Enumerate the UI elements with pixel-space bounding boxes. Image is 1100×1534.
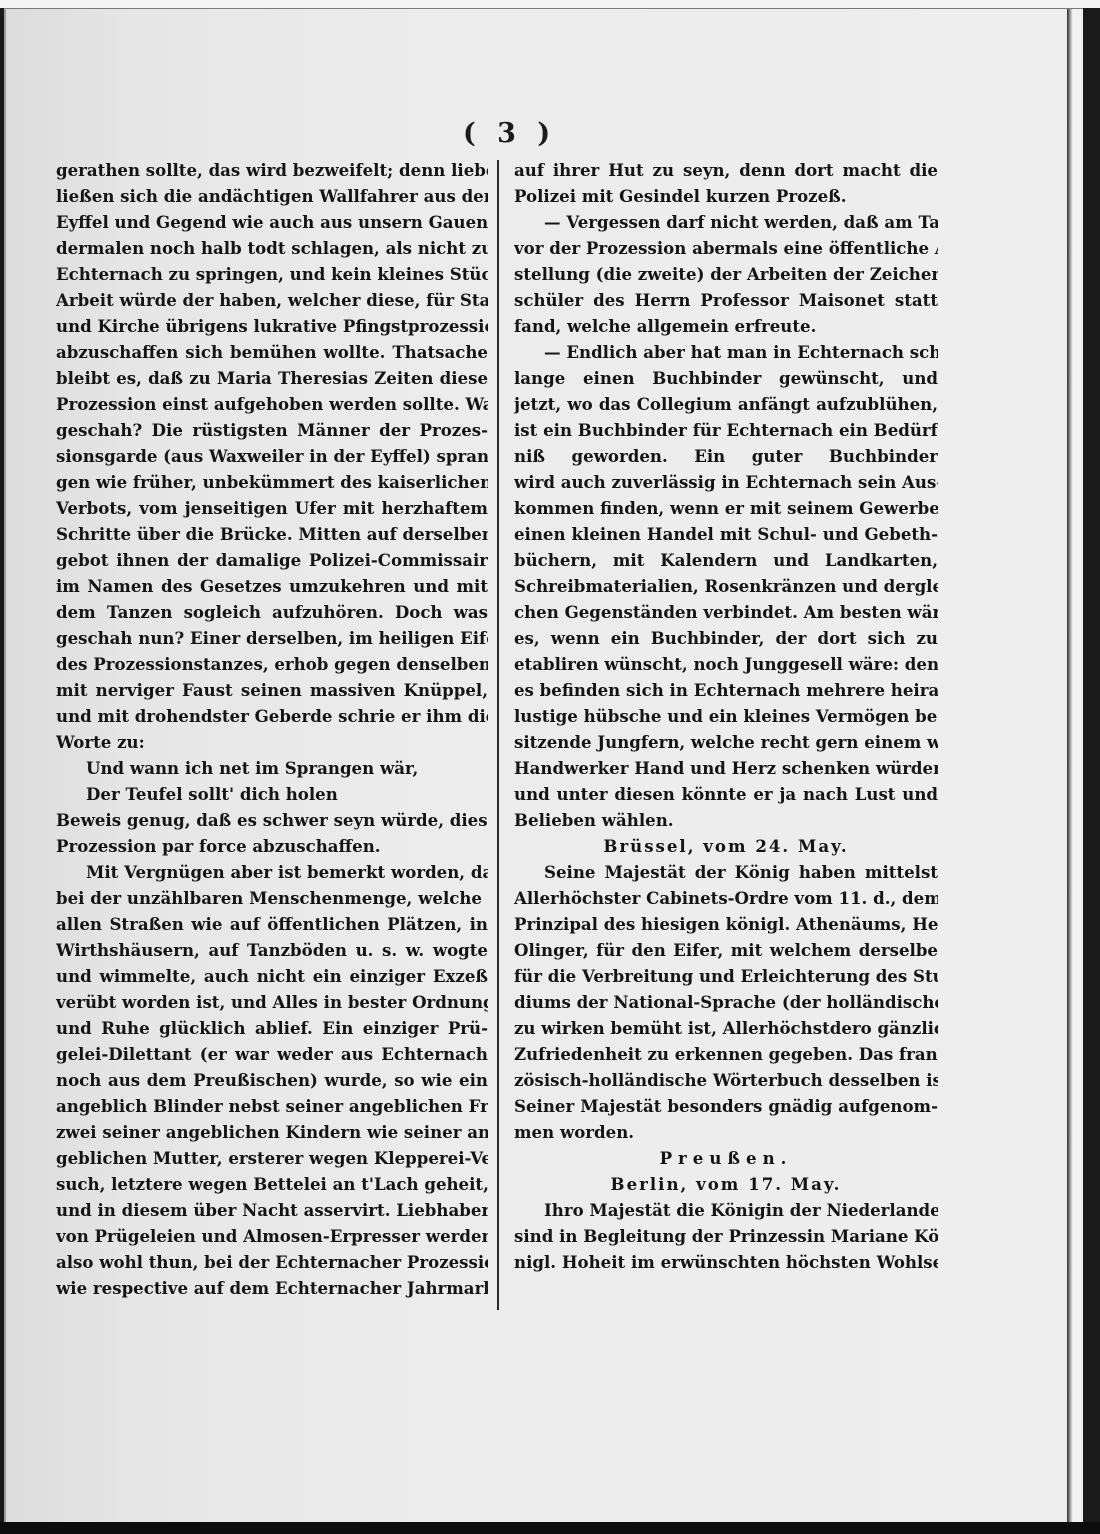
text-line: einen kleinen Handel mit Schul- und Gebe… (514, 521, 938, 547)
text-line: zwei seiner angeblichen Kindern wie sein… (56, 1119, 488, 1145)
text-line: geblichen Mutter, ersterer wegen Klepper… (56, 1145, 488, 1171)
text-line: sionsgarde (aus Waxweiler in der Eyffel)… (56, 443, 488, 469)
text-line: Schreibmaterialien, Rosenkränzen und der… (514, 573, 938, 599)
text-line: geschah? Die rüstigsten Männer der Proze… (56, 417, 488, 443)
text-line: Verbots, vom jenseitigen Ufer mit herzha… (56, 495, 488, 521)
text-line: jetzt, wo das Collegium anfängt aufzublü… (514, 391, 938, 417)
text-line: allen Straßen wie auf öffentlichen Plätz… (56, 911, 488, 937)
text-line: stellung (die zweite) der Arbeiten der Z… (514, 261, 938, 287)
text-line: fand, welche allgemein erfreute. (514, 313, 938, 339)
text-line: wird auch zuverlässig in Echternach sein… (514, 469, 938, 495)
text-line: des Prozessionstanzes, erhob gegen dense… (56, 651, 488, 677)
text-line: im Namen des Gesetzes umzukehren und mit (56, 573, 488, 599)
text-line: Mit Vergnügen aber ist bemerkt worden, d… (56, 859, 488, 885)
text-line: Der Teufel sollt' dich holen (56, 781, 488, 807)
text-line: Und wann ich net im Sprangen wär, (56, 755, 488, 781)
text-line: schüler des Herrn Professor Maisonet sta… (514, 287, 938, 313)
right-text-column: auf ihrer Hut zu seyn, denn dort macht d… (514, 157, 938, 1275)
text-line: von Prügeleien und Almosen-Erpresser wer… (56, 1223, 488, 1249)
text-line: ist ein Buchbinder für Echternach ein Be… (514, 417, 938, 443)
text-line: Zufriedenheit zu erkennen gegeben. Das f… (514, 1041, 938, 1067)
text-line: sind in Begleitung der Prinzessin Marian… (514, 1223, 938, 1249)
text-line: zu wirken bemüht ist, Allerhöchstdero gä… (514, 1015, 938, 1041)
text-line: Prinzipal des hiesigen königl. Athenäums… (514, 911, 938, 937)
text-line: gebot ihnen der damalige Polizei-Commiss… (56, 547, 488, 573)
text-line: Prozession einst aufgehoben werden sollt… (56, 391, 488, 417)
text-line: Echternach zu springen, und kein kleines… (56, 261, 488, 287)
text-line: dermalen noch halb todt schlagen, als ni… (56, 235, 488, 261)
text-line: kommen finden, wenn er mit seinem Gewerb… (514, 495, 938, 521)
text-line: Allerhöchster Cabinets-Ordre vom 11. d.,… (514, 885, 938, 911)
text-line: Seiner Majestät besonders gnädig aufgeno… (514, 1093, 938, 1119)
text-line: und mit drohendster Geberde schrie er ih… (56, 703, 488, 729)
text-line: also wohl thun, bei der Echternacher Pro… (56, 1249, 488, 1275)
text-line: dem Tanzen sogleich aufzuhören. Doch was (56, 599, 488, 625)
column-divider-rule (497, 160, 499, 1310)
page-binding-edge (1067, 9, 1081, 1534)
text-line: Polizei mit Gesindel kurzen Prozeß. (514, 183, 938, 209)
text-line: und Ruhe glücklich ablief. Ein einziger … (56, 1015, 488, 1041)
text-line: es, wenn ein Buchbinder, der dort sich z… (514, 625, 938, 651)
scan-bottom-border (0, 1522, 1100, 1534)
page-number: ( 3 ) (463, 118, 556, 149)
text-line: Wirthshäusern, auf Tanzböden u. s. w. wo… (56, 937, 488, 963)
text-line: etabliren wünscht, noch Junggesell wäre:… (514, 651, 938, 677)
text-line: niß geworden. Ein guter Buchbinder (514, 443, 938, 469)
text-line: Brüssel, vom 24. May. (514, 833, 938, 859)
text-line: Handwerker Hand und Herz schenken würden… (514, 755, 938, 781)
text-line: — Vergessen darf nicht werden, daß am Ta… (514, 209, 938, 235)
text-line: noch aus dem Preußischen) wurde, so wie … (56, 1067, 488, 1093)
text-line: Ihro Majestät die Königin der Niederland… (514, 1197, 938, 1223)
text-line: Berlin, vom 17. May. (514, 1171, 938, 1197)
text-line: auf ihrer Hut zu seyn, denn dort macht d… (514, 157, 938, 183)
text-line: angeblich Blinder nebst seiner angeblich… (56, 1093, 488, 1119)
text-line: und Kirche übrigens lukrative Pfingstpro… (56, 313, 488, 339)
text-line: gen wie früher, unbekümmert des kaiserli… (56, 469, 488, 495)
text-line: und wimmelte, auch nicht ein einziger Ex… (56, 963, 488, 989)
text-line: und unter diesen könnte er ja nach Lust … (514, 781, 938, 807)
text-line: ließen sich die andächtigen Wallfahrer a… (56, 183, 488, 209)
text-line: für die Verbreitung und Erleichterung de… (514, 963, 938, 989)
left-text-column: gerathen sollte, das wird bezweifelt; de… (56, 157, 488, 1301)
text-line: Belieben wählen. (514, 807, 938, 833)
text-line: nigl. Hoheit im erwünschten höchsten Woh… (514, 1249, 938, 1275)
text-line: Schritte über die Brücke. Mitten auf der… (56, 521, 488, 547)
text-line: mit nerviger Faust seinen massiven Knüpp… (56, 677, 488, 703)
text-line: Worte zu: (56, 729, 488, 755)
text-line: gerathen sollte, das wird bezweifelt; de… (56, 157, 488, 183)
text-line: Olinger, für den Eifer, mit welchem ders… (514, 937, 938, 963)
text-line: vor der Prozession abermals eine öffentl… (514, 235, 938, 261)
text-line: Eyffel und Gegend wie auch aus unsern Ga… (56, 209, 488, 235)
text-line: Seine Majestät der König haben mittelst (514, 859, 938, 885)
text-line: Beweis genug, daß es schwer seyn würde, … (56, 807, 488, 833)
text-line: zösisch-holländische Wörterbuch desselbe… (514, 1067, 938, 1093)
text-line: lustige hübsche und ein kleines Vermögen… (514, 703, 938, 729)
text-line: such, letztere wegen Bettelei an t'Lach … (56, 1171, 488, 1197)
text-line: Prozession par force abzuschaffen. (56, 833, 488, 859)
text-line: chen Gegenständen verbindet. Am besten w… (514, 599, 938, 625)
text-line: lange einen Buchbinder gewünscht, und (514, 365, 938, 391)
text-line: gelei-Dilettant (er war weder aus Echter… (56, 1041, 488, 1067)
text-line: bleibt es, daß zu Maria Theresias Zeiten… (56, 365, 488, 391)
text-line: sitzende Jungfern, welche recht gern ein… (514, 729, 938, 755)
text-line: verübt worden ist, und Alles in bester O… (56, 989, 488, 1015)
text-line: es befinden sich in Echternach mehrere h… (514, 677, 938, 703)
text-line: wie respective auf dem Echternacher Jahr… (56, 1275, 488, 1301)
text-line: — Endlich aber hat man in Echternach sch… (514, 339, 938, 365)
text-line: geschah nun? Einer derselben, im heilige… (56, 625, 488, 651)
text-line: und in diesem über Nacht asservirt. Lieb… (56, 1197, 488, 1223)
text-line: Arbeit würde der haben, welcher diese, f… (56, 287, 488, 313)
text-line: büchern, mit Kalendern und Landkarten, (514, 547, 938, 573)
scan-top-margin (0, 0, 1100, 8)
text-line: men worden. (514, 1119, 938, 1145)
text-line: diums der National-Sprache (der holländi… (514, 989, 938, 1015)
text-line: abzuschaffen sich bemühen wollte. Thatsa… (56, 339, 488, 365)
text-line: Preußen. (514, 1145, 938, 1171)
text-line: bei der unzählbaren Menschenmenge, welch… (56, 885, 488, 911)
